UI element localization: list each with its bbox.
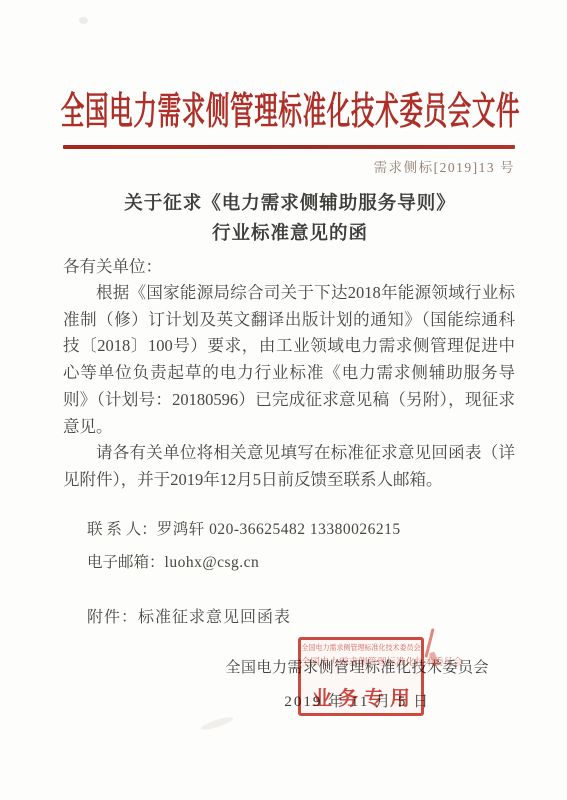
document-number: 需求侧标[2019]13 号 xyxy=(63,156,517,176)
scanned-official-document: 全国电力需求侧管理标准化技术委员会文件 需求侧标[2019]13 号 关于征求《… xyxy=(0,0,567,800)
scan-artifact-dot xyxy=(79,17,88,24)
contact-email-line: 电子邮箱：luohx@csg.cn xyxy=(87,546,517,579)
contact-person-label: 联 系 人： xyxy=(87,521,157,538)
scan-artifact-smear xyxy=(200,715,234,732)
stamp-middle-text: 全国电力需求侧管理标准化技术委员会 xyxy=(301,654,421,668)
contact-block: 联 系 人：罗鸿轩 020-36625482 13380026215 电子邮箱：… xyxy=(63,513,517,579)
salutation: 各有关单位： xyxy=(63,253,517,280)
letterhead-divider-line xyxy=(63,145,515,149)
attachment-line: 附件：标准征求意见回函表 xyxy=(63,604,517,627)
letterhead: 全国电力需求侧管理标准化技术委员会文件 xyxy=(63,86,517,128)
contact-email-label: 电子邮箱： xyxy=(87,554,165,571)
subject-line-2: 行业标准意见的函 xyxy=(63,219,517,249)
letterhead-org-title: 全国电力需求侧管理标准化技术委员会文件 xyxy=(60,80,519,135)
official-stamp: 全国电力需求侧管理标准化技术委员会 全国电力需求侧管理标准化技术委员会 业务专用 xyxy=(298,637,424,716)
subject-line-1: 关于征求《电力需求侧辅助服务导则》 xyxy=(63,189,517,219)
contact-person-line: 联 系 人：罗鸿轩 020-36625482 13380026215 xyxy=(87,513,517,546)
document-body: 全国电力需求侧管理标准化技术委员会文件 需求侧标[2019]13 号 关于征求《… xyxy=(0,86,567,711)
stamp-purpose-label: 业务专用 xyxy=(301,682,421,711)
contact-person-value: 罗鸿轩 020-36625482 13380026215 xyxy=(157,521,401,538)
document-subject: 关于征求《电力需求侧辅助服务导则》 行业标准意见的函 xyxy=(63,189,517,249)
contact-email-value: luohx@csg.cn xyxy=(165,554,260,571)
body-paragraph-2: 请各有关单位将相关意见填写在标准征求意见回函表（详见附件），并于2019年12月… xyxy=(63,440,515,493)
stamp-arc-text: 全国电力需求侧管理标准化技术委员会 xyxy=(301,643,421,654)
body-paragraph-1: 根据《国家能源局综合司关于下达2018年能源领域行业标准制（修）订计划及英文翻译… xyxy=(63,280,515,440)
